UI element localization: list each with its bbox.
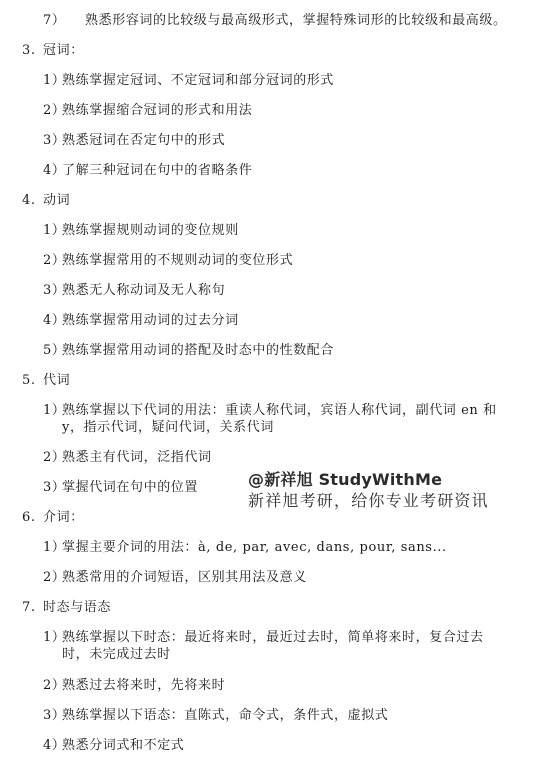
- item-number: 2）: [43, 252, 62, 269]
- section-title: 介词：: [43, 510, 84, 525]
- list-item: 5）熟练掌握常用动词的搭配及时态中的性数配合: [43, 342, 334, 359]
- item-number: 1）: [43, 539, 62, 556]
- watermark-slogan: 新祥旭考研，给你专业考研资讯: [248, 490, 489, 511]
- item-text: 熟悉常用的介词短语，区别其用法及意义: [62, 569, 307, 586]
- item-number: 4）: [43, 162, 62, 179]
- list-item: 1）掌握主要介词的用法：à, de, par, avec, dans, pour…: [43, 539, 447, 556]
- item-text: 熟悉过去将来时，先将来时: [62, 677, 225, 694]
- item-text: 熟练掌握常用动词的过去分词: [62, 312, 239, 329]
- list-item: 4）了解三种冠词在句中的省略条件: [43, 162, 252, 179]
- watermark: @新祥旭 StudyWithMe 新祥旭考研，给你专业考研资讯: [248, 469, 489, 511]
- section-number: 3.: [22, 42, 43, 59]
- section-title: 冠词：: [43, 43, 84, 58]
- item-text: 熟练掌握定冠词、不定冠词和部分冠词的形式: [62, 72, 334, 89]
- section-heading-articles: 3.冠词：: [22, 42, 84, 59]
- item-text: 熟练掌握以下时态：最近将来时，最近过去时，简单将来时，复合过去时，未完成过去时: [62, 629, 507, 663]
- section-number: 6.: [22, 509, 43, 526]
- item-number: 3）: [43, 282, 62, 299]
- item-number: 1）: [43, 402, 62, 419]
- item-text: 掌握代词在句中的位置: [62, 479, 198, 496]
- list-item: 2）熟悉主有代词，泛指代词: [43, 449, 212, 466]
- watermark-handle: @新祥旭 StudyWithMe: [248, 469, 489, 490]
- list-item: 3）掌握代词在句中的位置: [43, 479, 198, 496]
- section-number: 7.: [22, 599, 43, 616]
- item-number: 1）: [43, 72, 62, 89]
- item-text: 了解三种冠词在句中的省略条件: [62, 162, 252, 179]
- list-item: 1）熟练掌握以下时态：最近将来时，最近过去时，简单将来时，复合过去时，未完成过去…: [43, 629, 507, 663]
- item-number: 1）: [43, 222, 62, 239]
- item-number: 5）: [43, 342, 62, 359]
- list-item: 3）熟练掌握以下语态：直陈式，命令式，条件式，虚拟式: [43, 707, 388, 724]
- list-item: 2）熟悉常用的介词短语，区别其用法及意义: [43, 569, 307, 586]
- item-number: 4）: [43, 737, 62, 754]
- list-item: 4）熟练掌握常用动词的过去分词: [43, 312, 239, 329]
- item-text: 熟悉形容词的比较级与最高级形式，掌握特殊词形的比较级和最高级。: [85, 12, 507, 29]
- section-heading-verbs: 4.动词: [22, 192, 70, 209]
- item-text: 熟练掌握以下代词的用法：重读人称代词，宾语人称代词，副代词 en 和 y，指示代…: [62, 402, 507, 436]
- section-title: 代词: [43, 373, 70, 388]
- item-number: 7）: [43, 12, 85, 29]
- item-number: 3）: [43, 132, 62, 149]
- item-text: 熟练掌握以下语态：直陈式，命令式，条件式，虚拟式: [62, 707, 388, 724]
- list-item: 1）熟练掌握以下代词的用法：重读人称代词，宾语人称代词，副代词 en 和 y，指…: [43, 402, 507, 436]
- section-title: 动词: [43, 193, 70, 208]
- item-text: 熟练掌握常用动词的搭配及时态中的性数配合: [62, 342, 334, 359]
- item-number: 3）: [43, 707, 62, 724]
- item-text: 熟练掌握规则动词的变位规则: [62, 222, 239, 239]
- item-text: 熟练掌握缩合冠词的形式和用法: [62, 102, 252, 119]
- list-item-lead: 7）熟悉形容词的比较级与最高级形式，掌握特殊词形的比较级和最高级。: [43, 12, 507, 29]
- item-text: 熟悉无人称动词及无人称句: [62, 282, 225, 299]
- item-number: 2）: [43, 449, 62, 466]
- list-item: 3）熟悉无人称动词及无人称句: [43, 282, 225, 299]
- section-heading-prepositions: 6.介词：: [22, 509, 84, 526]
- item-text: 熟悉分词式和不定式: [62, 737, 184, 754]
- item-number: 3）: [43, 479, 62, 496]
- section-heading-tenses: 7.时态与语态: [22, 599, 111, 616]
- section-title: 时态与语态: [43, 600, 111, 615]
- item-text: 熟悉冠词在否定句中的形式: [62, 132, 225, 149]
- list-item: 2）熟练掌握常用的不规则动词的变位形式: [43, 252, 293, 269]
- item-number: 4）: [43, 312, 62, 329]
- list-item: 1）熟练掌握定冠词、不定冠词和部分冠词的形式: [43, 72, 334, 89]
- item-number: 2）: [43, 677, 62, 694]
- list-item: 1）熟练掌握规则动词的变位规则: [43, 222, 239, 239]
- item-text: 熟悉主有代词，泛指代词: [62, 449, 212, 466]
- item-text: 熟练掌握常用的不规则动词的变位形式: [62, 252, 293, 269]
- item-number: 2）: [43, 569, 62, 586]
- item-number: 1）: [43, 629, 62, 646]
- list-item: 4）熟悉分词式和不定式: [43, 737, 184, 754]
- section-number: 4.: [22, 192, 43, 209]
- list-item: 3）熟悉冠词在否定句中的形式: [43, 132, 225, 149]
- section-heading-pronouns: 5.代词: [22, 372, 70, 389]
- item-text: 掌握主要介词的用法：à, de, par, avec, dans, pour, …: [62, 539, 447, 556]
- list-item: 2）熟练掌握缩合冠词的形式和用法: [43, 102, 252, 119]
- item-number: 2）: [43, 102, 62, 119]
- section-number: 5.: [22, 372, 43, 389]
- list-item: 2）熟悉过去将来时，先将来时: [43, 677, 225, 694]
